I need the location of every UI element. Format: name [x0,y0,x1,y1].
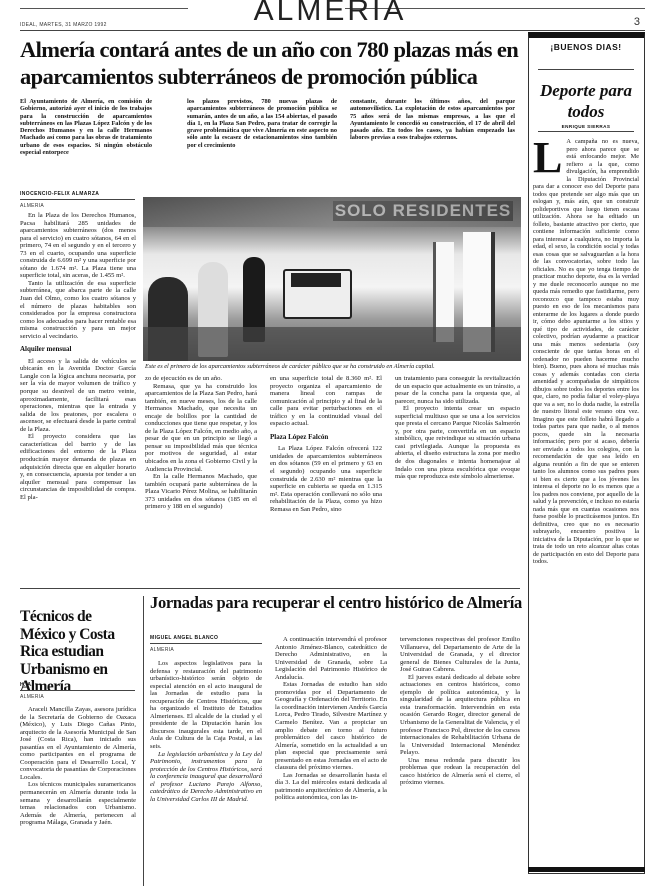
lead-col-1: El Ayuntamiento de Almería, en comisión … [20,98,152,156]
main-byline: INOCENCIO-FELIX ALMARZA [20,191,135,200]
car-window [291,273,341,287]
jornadas-col-2: A continuación intervendrá el profesor A… [275,636,387,802]
header-rule [20,30,645,31]
kicker-rule [538,69,634,70]
paragraph: A continuación intervendrá el profesor A… [275,636,387,681]
section-divider [20,588,520,589]
column-text: A campaña no es nueva, pero ahora parece… [533,138,639,565]
paragraph: zo de ejecución es de un año. [145,375,257,383]
main-col-1: En la Plaza de los Derechos Humanos, Pac… [20,212,136,501]
jornadas-byline: MIGUEL ANGEL BLANCO [150,635,262,644]
ceiling [143,197,521,227]
column-byline: ENRIQUE SIERRAS [530,124,642,129]
section-title: ALMERIA [232,0,428,28]
floor [143,327,521,361]
paragraph: Los aspectos legislativos para la defens… [150,660,262,751]
paragraph: Estas Jornadas de estudio han sido promo… [275,681,387,772]
column-divider [143,596,144,886]
jornadas-place: ALMERIA [150,647,174,653]
lead-col-3: constante, durante los últimos años, del… [350,98,515,142]
paragraph: En la calle Hermanos Machado, que tambié… [145,473,257,511]
tecnicos-body: Araceli Mancilla Zayas, asesora jurídica… [20,706,136,827]
paragraph: Una mesa redonda para discutir los probl… [400,757,520,787]
masthead-rule-left [20,8,188,9]
tecnicos-place: ALMERIA [20,694,44,700]
paragraph: en una superficie total de 8.360 m². El … [270,375,382,428]
main-col-4: un tratamiento para conseguir la revital… [395,375,520,481]
main-col-3: en una superficie total de 8.360 m². El … [270,375,382,513]
opinion-box-bottom-bar [528,867,645,872]
subhead-lopez-falcon: Plaza López Falcón [270,434,382,442]
paragraph: El proyecto considera que las caracterís… [20,433,136,501]
photo-caption: Este es el primero de los aparcamientos … [145,363,525,370]
drop-cap: L [533,140,562,176]
paragraph: El jueves estará dedicado al debate sobr… [400,674,520,757]
subhead-alquiler: Alquiler mensual [20,346,136,354]
jornadas-headline: Jornadas para recuperar el centro histór… [150,593,530,613]
tecnicos-byline: H. A. [20,682,135,691]
paragraph: un tratamiento para conseguir la revital… [395,375,520,405]
paragraph: La Plaza López Falcón ofrecerá 122 unida… [270,445,382,513]
main-headline: Almería contará antes de un año con 780 … [20,36,520,90]
lead-col-2: los plazos previstos, 780 nuevas plazas … [187,98,337,149]
page-number: 3 [634,16,640,28]
jornadas-col-1: Los aspectos legislativos para la defens… [150,660,262,803]
main-col-2: zo de ejecución es de un año. Remasa, qu… [145,375,257,511]
paragraph: Las Jornadas se desarrollarán hasta el d… [275,772,387,802]
parking-photo: SOLO RESIDENTES [143,197,521,361]
column-kicker: ¡BUENOS DIAS! [532,42,640,52]
column-body: L A campaña no es nueva, pero ahora pare… [533,138,639,566]
dateline: IDEAL, MARTES, 31 MARZO 1992 [20,22,107,28]
paragraph: El acceso y la salida de vehículos se ub… [20,358,136,433]
column-title: Deporte para todos [530,80,642,122]
jornadas-col-3: tervenciones respectivas del profesor Em… [400,636,520,787]
paragraph: La legislación urbanística y la Ley del … [150,751,262,804]
byline-rule [538,131,634,132]
paragraph: Tanto la utilización de esa superficie s… [20,280,136,340]
paragraph: El proyecto intenta crear un espacio sup… [395,405,520,480]
paragraph: En la Plaza de los Derechos Humanos, Pac… [20,212,136,280]
paragraph: Remasa, que ya ha construido los aparcam… [145,383,257,474]
paragraph: tervenciones respectivas del profesor Em… [400,636,520,674]
main-place: ALMERIA [20,203,44,209]
paragraph: Los técnicos municipales suramericanos p… [20,781,136,826]
paragraph: Araceli Mancilla Zayas, asesora jurídica… [20,706,136,781]
